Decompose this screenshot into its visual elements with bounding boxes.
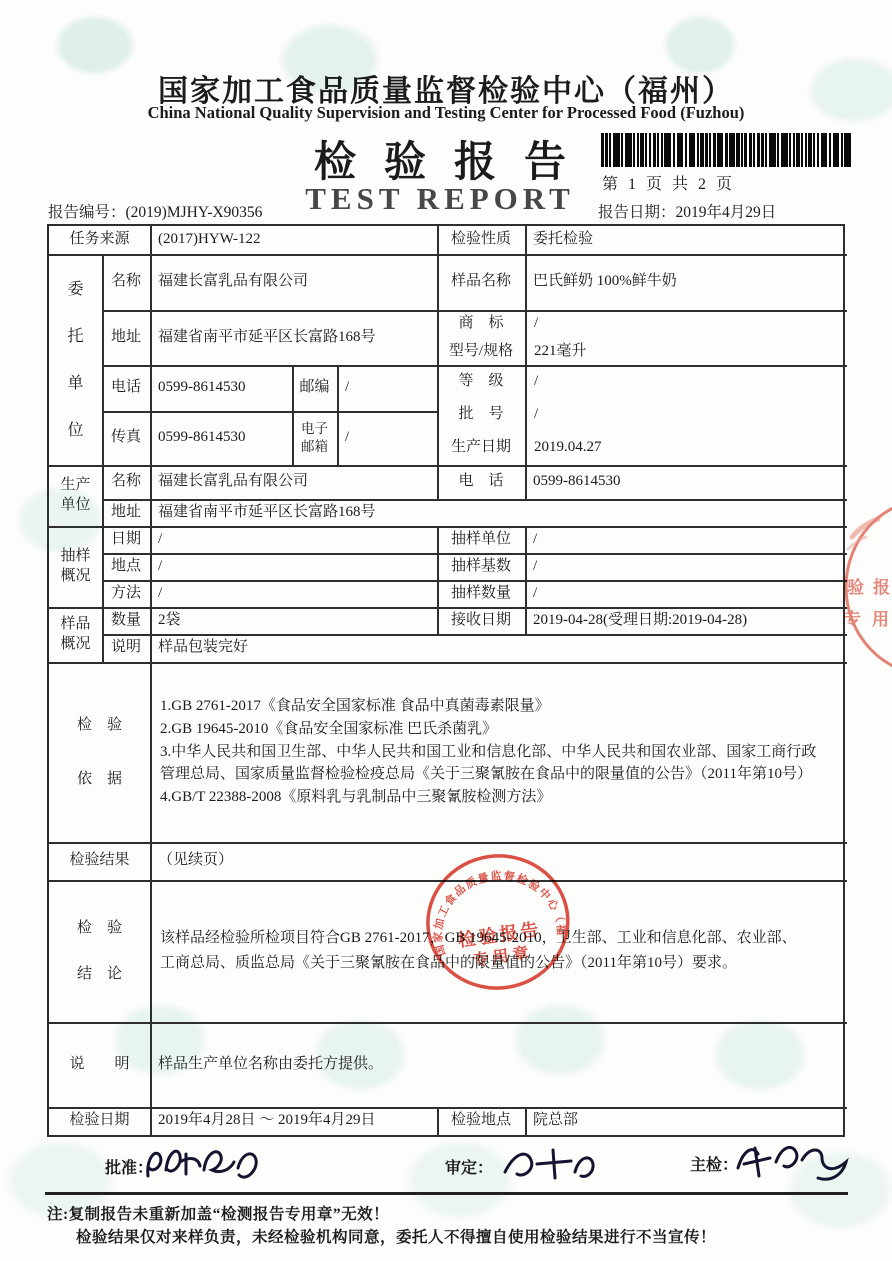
- inspection-nature-value: 委托检验: [525, 226, 847, 254]
- test-place-value: 院总部: [525, 1107, 847, 1135]
- client-fax-value: 0599-8614530: [150, 411, 292, 465]
- remark-text: 样品生产单位名称由委托方提供。: [150, 1022, 847, 1107]
- sampling-section-header: 抽样 概况: [49, 526, 102, 607]
- footer-note-1: 注:复制报告未重新加盖“检测报告专用章”无效！: [47, 1202, 389, 1224]
- basis-line-2: 2.GB 19645-2010《食品安全国家标准 巴氏杀菌乳》: [160, 718, 497, 740]
- report-date-label: 报告日期：: [598, 204, 676, 221]
- review-label: 审定：: [445, 1155, 493, 1178]
- basis-header: 检 验 依 据: [49, 662, 150, 842]
- test-date-value: 2019年4月28日 ～ 2019年4月29日: [150, 1107, 437, 1135]
- receive-date-label: 接收日期: [437, 607, 525, 634]
- result-label: 检验结果: [49, 842, 150, 880]
- report-number-label: 报告编号：: [48, 204, 126, 221]
- production-date-label: 生产日期: [437, 438, 525, 458]
- sampling-date-value: /: [150, 526, 437, 553]
- barcode: [601, 133, 852, 167]
- sample-name-value: 巴氏鲜奶 100%鲜牛奶: [525, 254, 847, 310]
- basis-line-3: 3.中华人民共和国卫生部、中华人民共和国工业和信息化部、中华人民共和国农业部、国…: [160, 741, 829, 785]
- footer-divider: [45, 1192, 848, 1195]
- receive-date-value: 2019-04-28(受理日期:2019-04-28): [525, 607, 847, 634]
- sample-quantity-label: 数量: [102, 607, 150, 634]
- client-email-value: /: [337, 411, 437, 465]
- report-date-value: 2019年4月29日: [676, 204, 777, 221]
- client-email-label: 电子 邮箱: [292, 411, 337, 465]
- page-number: 第 1 页 共 2 页: [602, 171, 735, 194]
- grade-value: /: [525, 372, 538, 392]
- report-date: 报告日期：2019年4月29日: [598, 200, 776, 222]
- inspector-signature: [728, 1136, 858, 1190]
- sampling-quantity-value: /: [525, 580, 847, 607]
- grade-batch-proddate-cell: 等 级 / 批 号 / 生产日期 2019.04.27: [437, 365, 847, 465]
- production-date-value: 2019.04.27: [525, 438, 602, 458]
- reviewer-signature: [495, 1142, 605, 1190]
- client-phone-value: 0599-8614530: [150, 365, 292, 411]
- conclusion-header: 检 验 结 论: [49, 880, 150, 1022]
- remark-label: 说 明: [49, 1022, 150, 1107]
- client-section-header: 委 托 单 位: [49, 254, 102, 465]
- client-address-label: 地址: [102, 310, 150, 365]
- org-name-en: China National Quality Supervision and T…: [0, 103, 892, 123]
- inspection-nature-label: 检验性质: [437, 226, 525, 254]
- model-spec-label: 型号/规格: [437, 342, 525, 362]
- sample-note-label: 说明: [102, 634, 150, 662]
- sampling-base-value: /: [525, 553, 847, 580]
- producer-section-header: 生产 单位: [49, 465, 102, 526]
- batch-value: /: [525, 405, 538, 425]
- producer-name-value: 福建长富乳品有限公司: [150, 465, 437, 499]
- report-number-value: (2019)MJHY-X90356: [126, 204, 263, 221]
- trademark-label: 商 标: [437, 314, 525, 334]
- producer-phone-label: 电 话: [437, 465, 525, 499]
- trademark-value: /: [525, 314, 538, 334]
- edge-seal-partial: 验报 专用: [838, 495, 892, 680]
- sample-name-label: 样品名称: [437, 254, 525, 310]
- client-address-value: 福建省南平市延平区长富路168号: [150, 310, 437, 365]
- report-number: 报告编号：(2019)MJHY-X90356: [48, 200, 262, 222]
- sampling-unit-value: /: [525, 526, 847, 553]
- client-phone-label: 电话: [102, 365, 150, 411]
- trademark-spec-cell: 商 标 / 型号/规格 221毫升: [437, 310, 847, 365]
- client-zip-value: /: [337, 365, 437, 411]
- sampling-unit-label: 抽样单位: [437, 526, 525, 553]
- test-place-label: 检验地点: [437, 1107, 525, 1135]
- edge-seal-line2: 专用: [844, 609, 892, 629]
- sample-quantity-value: 2袋: [150, 607, 437, 634]
- test-date-label: 检验日期: [49, 1107, 150, 1135]
- basis-line-1: 1.GB 2761-2017《食品安全国家标准 食品中真菌毒素限量》: [160, 695, 550, 717]
- sample-note-value: 样品包装完好: [150, 634, 847, 662]
- client-fax-label: 传真: [102, 411, 150, 465]
- client-name-label: 名称: [102, 254, 150, 310]
- footer-note-2: 检验结果仅对来样负责，未经检验机构同意，委托人不得擅自使用检验结果进行不当宣传！: [76, 1225, 716, 1247]
- sampling-place-value: /: [150, 553, 437, 580]
- edge-seal-line1: 验报: [847, 577, 892, 597]
- sampling-base-label: 抽样基数: [437, 553, 525, 580]
- sampling-method-label: 方法: [102, 580, 150, 607]
- task-source-value: (2017)HYW-122: [150, 226, 437, 254]
- producer-address-value: 福建省南平市延平区长富路168号: [150, 499, 847, 526]
- sampling-date-label: 日期: [102, 526, 150, 553]
- grade-label: 等 级: [437, 372, 525, 392]
- basis-line-4: 4.GB/T 22388-2008《原料乳与乳制品中三聚氰胺检测方法》: [160, 786, 551, 808]
- approver-signature: [140, 1140, 270, 1190]
- task-source-label: 任务来源: [49, 226, 150, 254]
- sampling-quantity-label: 抽样数量: [437, 580, 525, 607]
- client-name-value: 福建长富乳品有限公司: [150, 254, 437, 310]
- sample-overview-header: 样品 概况: [49, 607, 102, 662]
- scanned-test-report-page: 国家加工食品质量监督检验中心（福州） China National Qualit…: [0, 0, 892, 1261]
- producer-phone-value: 0599-8614530: [525, 465, 847, 499]
- official-seal: 国家加工食品质量监督检验中心（福州） 检验报告 专用章: [410, 839, 585, 1007]
- model-spec-value: 221毫升: [525, 342, 587, 362]
- producer-address-label: 地址: [102, 499, 150, 526]
- client-zip-label: 邮编: [292, 365, 337, 411]
- sampling-place-label: 地点: [102, 553, 150, 580]
- batch-label: 批 号: [437, 405, 525, 425]
- producer-name-label: 名称: [102, 465, 150, 499]
- basis-text: 1.GB 2761-2017《食品安全国家标准 食品中真菌毒素限量》 2.GB …: [150, 662, 847, 842]
- sampling-method-value: /: [150, 580, 437, 607]
